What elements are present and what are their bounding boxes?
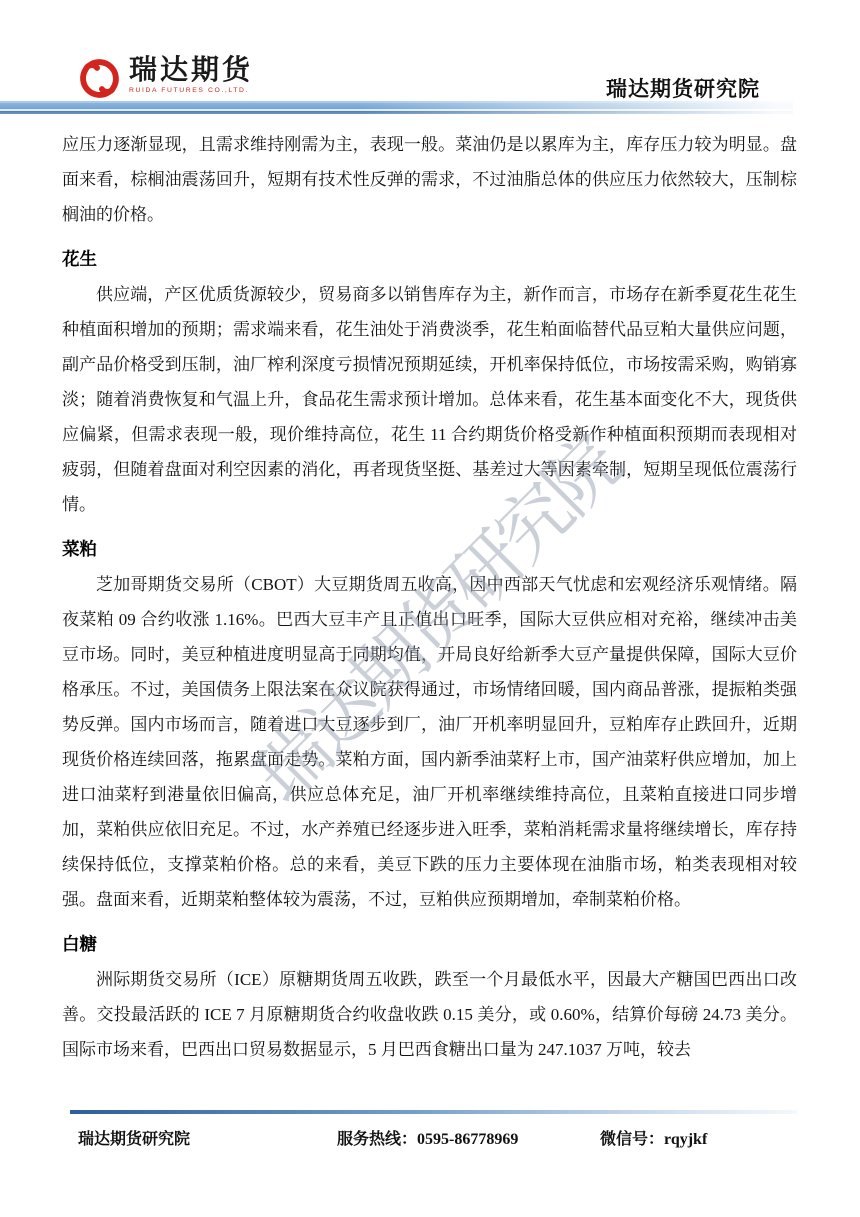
footer: 瑞达期货研究院 服务热线：0595-86778969 微信号：rqyjkf [0,1126,860,1148]
logo-en-text: RUIDA FUTURES CO.,LTD. [129,87,253,94]
company-logo: 瑞达期货 RUIDA FUTURES CO.,LTD. [76,55,253,102]
section-peanut: 花生 供应端，产区优质货源较少，贸易商多以销售库存为主，新作而言，市场存在新季夏… [62,242,797,522]
header-institute-title: 瑞达期货研究院 [606,73,760,103]
section-heading-peanut: 花生 [62,242,797,277]
section-sugar: 白糖 洲际期货交易所（ICE）原糖期货周五收跌，跌至一个月最低水平，因最大产糖国… [62,927,797,1067]
ruida-swirl-icon [76,55,123,102]
section-paragraph-rapeseed-meal: 芝加哥期货交易所（CBOT）大豆期货周五收高，因中西部天气忧虑和宏观经济乐观情绪… [62,567,797,917]
header-divider-bar [0,101,793,114]
footer-divider-line [70,1110,797,1114]
section-heading-sugar: 白糖 [62,927,797,962]
footer-wechat-id: 微信号：rqyjkf [600,1126,707,1149]
document-page: 瑞达期货 RUIDA FUTURES CO.,LTD. 瑞达期货研究院 瑞达期货… [0,0,860,1217]
section-heading-rapeseed-meal: 菜粕 [62,532,797,567]
logo-text: 瑞达期货 RUIDA FUTURES CO.,LTD. [129,55,253,94]
footer-hotline: 服务热线：0595-86778969 [337,1126,518,1149]
intro-paragraph: 应压力逐渐显现，且需求维持刚需为主，表现一般。菜油仍是以累库为主，库存压力较为明… [62,127,797,232]
logo-cn-text: 瑞达期货 [129,55,253,85]
report-body: 应压力逐渐显现，且需求维持刚需为主，表现一般。菜油仍是以累库为主，库存压力较为明… [62,127,797,1067]
section-paragraph-sugar: 洲际期货交易所（ICE）原糖期货周五收跌，跌至一个月最低水平，因最大产糖国巴西出… [62,962,797,1067]
section-rapeseed-meal: 菜粕 芝加哥期货交易所（CBOT）大豆期货周五收高，因中西部天气忧虑和宏观经济乐… [62,532,797,917]
section-paragraph-peanut: 供应端，产区优质货源较少，贸易商多以销售库存为主，新作而言，市场存在新季夏花生花… [62,277,797,522]
footer-institute: 瑞达期货研究院 [78,1126,190,1149]
